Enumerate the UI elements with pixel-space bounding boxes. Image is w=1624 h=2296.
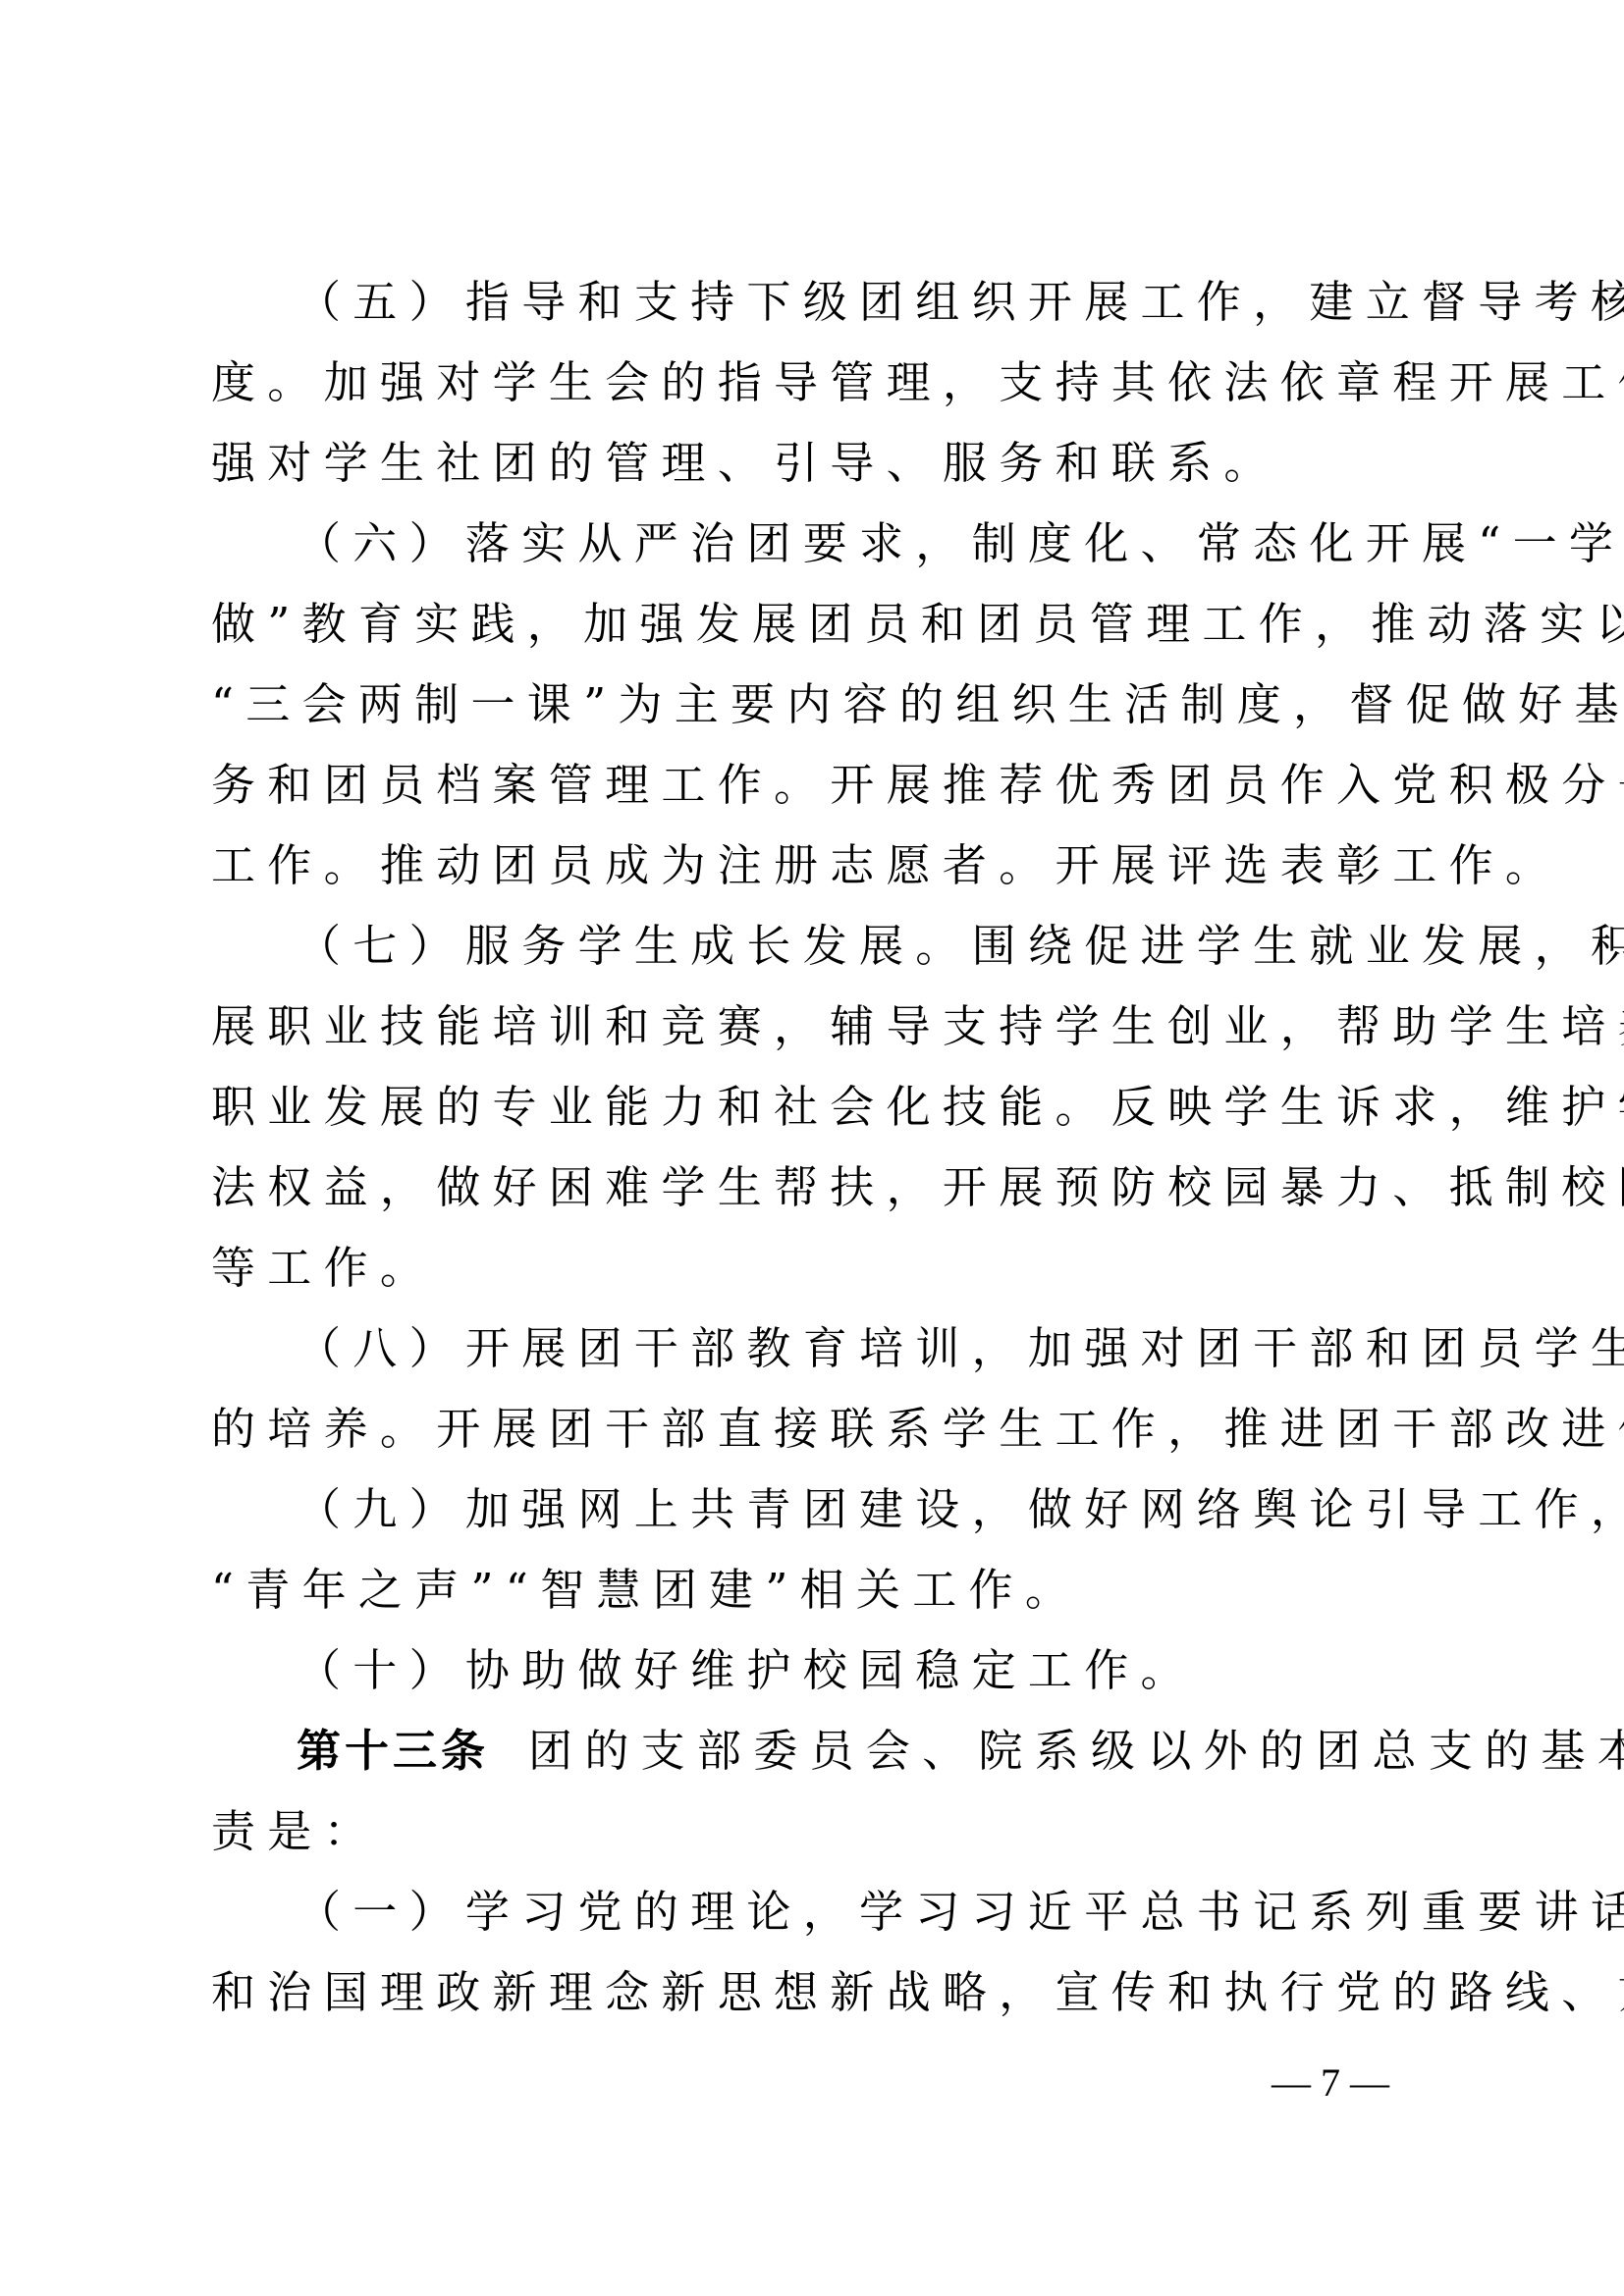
- paragraph-7-line-4: 法权益，做好困难学生帮扶，开展预防校园暴力、抵制校园欺凌: [211, 1148, 1429, 1228]
- paragraph-6-line-1: （六）落实从严治团要求，制度化、常态化开展“一学一: [297, 504, 1514, 584]
- article-heading: 第十三条: [297, 1725, 489, 1777]
- article-13-line-1: 第十三条团的支部委员会、院系级以外的团总支的基本职: [297, 1711, 1514, 1791]
- document-page: （五）指导和支持下级团组织开展工作，建立督导考核制 度。加强对学生会的指导管理，…: [0, 0, 1624, 2296]
- article-13-line-2: 责是：: [211, 1791, 1429, 1872]
- paragraph-5-line-3: 强对学生社团的管理、引导、服务和联系。: [211, 423, 1429, 504]
- paragraph-6-line-4: 务和团员档案管理工作。开展推荐优秀团员作入党积极分子人选: [211, 745, 1429, 826]
- paragraph-8-line-2: 的培养。开展团干部直接联系学生工作，推进团干部改进作风。: [211, 1389, 1429, 1469]
- paragraph-5-line-1: （五）指导和支持下级团组织开展工作，建立督导考核制: [297, 262, 1514, 343]
- paragraph-9-line-2: “青年之声”“智慧团建”相关工作。: [211, 1550, 1429, 1630]
- page-number: — 7 —: [1252, 2056, 1409, 2109]
- paragraph-10-line-1: （十）协助做好维护校园稳定工作。: [297, 1630, 1514, 1711]
- paragraph-6-line-3: “三会两制一课”为主要内容的组织生活制度，督促做好基础团: [211, 665, 1429, 745]
- paragraph-7-line-3: 职业发展的专业能力和社会化技能。反映学生诉求，维护学生合: [211, 1067, 1429, 1148]
- paragraph-7-line-5: 等工作。: [211, 1228, 1429, 1308]
- paragraph-6-line-2: 做”教育实践，加强发展团员和团员管理工作，推动落实以: [211, 584, 1429, 665]
- item-1-line-2: 和治国理政新理念新思想新战略，宣传和执行党的路线、方针、: [211, 1952, 1429, 2033]
- item-1-line-1: （一）学习党的理论，学习习近平总书记系列重要讲话精神: [297, 1872, 1514, 1952]
- paragraph-7-line-2: 展职业技能培训和竞赛，辅导支持学生创业，帮助学生培养适应: [211, 987, 1429, 1067]
- article-text: 团的支部委员会、院系级以外的团总支的基本职: [528, 1725, 1624, 1777]
- paragraph-7-line-1: （七）服务学生成长发展。围绕促进学生就业发展，积极开: [297, 906, 1514, 987]
- paragraph-5-line-2: 度。加强对学生会的指导管理，支持其依法依章程开展工作。加: [211, 343, 1429, 423]
- paragraph-6-line-5: 工作。推动团员成为注册志愿者。开展评选表彰工作。: [211, 826, 1429, 906]
- paragraph-9-line-1: （九）加强网上共青团建设，做好网络舆论引导工作，做好: [297, 1469, 1514, 1550]
- paragraph-8-line-1: （八）开展团干部教育培训，加强对团干部和团员学生骨干: [297, 1308, 1514, 1389]
